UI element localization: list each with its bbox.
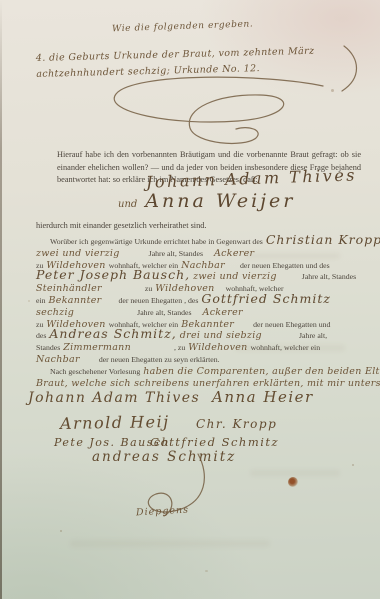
printed-text: der neuen Ehegatten und des — [240, 261, 330, 270]
top-note-1: Wie die folgenden ergeben. — [112, 18, 302, 35]
printed-text: zu — [145, 284, 152, 293]
signature: Johann Adam Thives — [28, 390, 200, 406]
paper-speck — [28, 300, 30, 302]
printed-text: Standes — [36, 343, 60, 352]
conjunction-und: und — [118, 199, 137, 210]
handwritten-text: Andreas Schmitz, — [49, 326, 176, 341]
signature: Gottfried Schmitz — [150, 435, 279, 449]
form-line: Nach geschehener Vorlesunghaben die Comp… — [36, 364, 372, 376]
printed-text: Jahre alt, Standes — [137, 308, 191, 317]
bride-line: undAnna Weijer — [118, 190, 295, 212]
bleed-through-smudge — [235, 345, 345, 351]
printed-text: Nach geschehener Vorlesung — [50, 367, 140, 376]
paper-speck — [60, 530, 62, 532]
signature: Arnold Heij — [60, 412, 170, 433]
handwritten-text: Gottfried Schmitz — [201, 291, 331, 306]
form-line: Peter Joseph Bausch,zwei und vierzigJahr… — [36, 269, 372, 281]
paper-speck — [331, 89, 334, 92]
paper-speck — [352, 464, 354, 466]
signature: Anna Heier — [212, 388, 314, 406]
bleed-through-smudge — [250, 470, 340, 476]
ink-swirl-icon — [98, 78, 333, 158]
printed-text: ein — [36, 296, 46, 305]
printed-text: Jahre alt, Standes — [302, 272, 356, 281]
printed-text: Jahre alt, — [299, 331, 327, 340]
printed-text: zu — [36, 320, 43, 329]
printed-text: des — [36, 331, 46, 340]
printed-text: der neuen Ehegatten und — [253, 320, 330, 329]
closing-paren-flourish-icon — [336, 44, 366, 94]
printed-text: , zu — [174, 343, 185, 352]
ink-stain — [288, 477, 298, 487]
handwritten-text: Braut, welche sich schreibens unerfahren… — [36, 378, 380, 389]
form-line: Nachbarder neuen Ehegatten zu seyn erklä… — [36, 352, 372, 364]
document-page: Wie die folgenden ergeben. 4. die Geburt… — [0, 0, 380, 599]
bleed-through-smudge — [245, 253, 340, 259]
paper-speck — [205, 570, 208, 572]
signature: Chr. Kropp — [196, 417, 277, 431]
handwritten-text: Christian Kropp — [266, 232, 380, 247]
form-line: desAndreas Schmitz,drei und siebzigJahre… — [36, 328, 372, 340]
bleed-through-smudge — [70, 540, 270, 547]
marriage-statement: hierdurch mit einander gesetzlich verhei… — [36, 221, 206, 230]
printed-text: der neuen Ehegatten , des — [118, 296, 198, 305]
printed-text: Worüber ich gegenwärtige Urkunde erricht… — [50, 237, 263, 246]
top-note-2: 4. die Geburts Urkunde der Braut, vom ze… — [36, 43, 337, 83]
form-line: sechzigJahre alt, StandesAckerer — [36, 305, 372, 317]
form-line: einBekannterder neuen Ehegatten , desGot… — [36, 293, 372, 305]
form-line: Worüber ich gegenwärtige Urkunde erricht… — [36, 234, 372, 246]
handwritten-text: Peter Joseph Bausch, — [36, 267, 190, 282]
printed-text: der neuen Ehegatten zu seyn erklärten. — [99, 355, 220, 364]
form-line: Braut, welche sich schreibens unerfahren… — [36, 376, 372, 388]
bride-name: Anna Weijer — [145, 190, 295, 212]
printed-text: Jahre alt, Standes — [149, 249, 203, 258]
